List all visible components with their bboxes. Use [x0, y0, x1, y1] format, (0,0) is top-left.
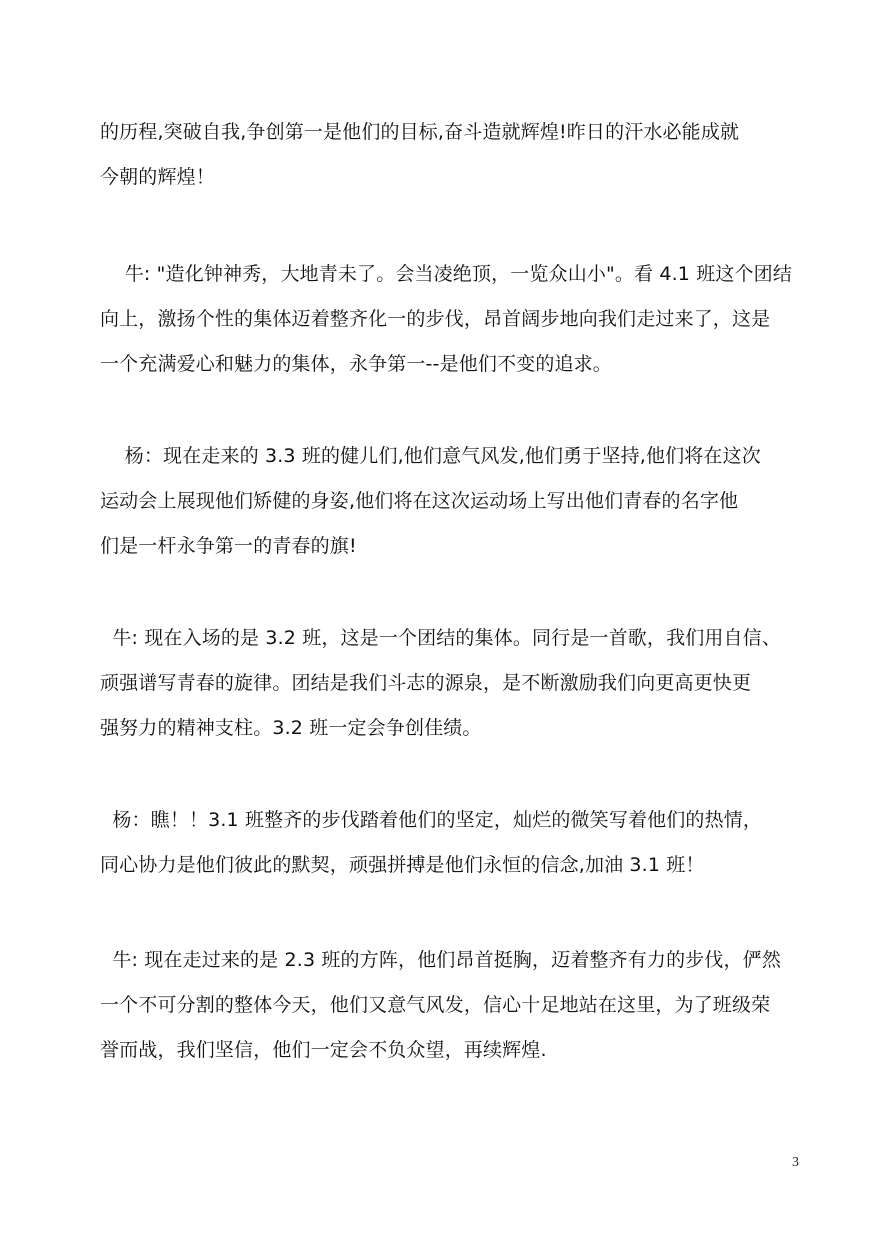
paragraph-1-line-2: 今朝的辉煌！	[100, 165, 800, 189]
paragraph-5-line-1: 杨：瞧！！3.1 班整齐的步伐踏着他们的坚定，灿烂的微笑写着他们的热情，	[100, 808, 800, 832]
paragraph-4-line-1: 牛: 现在入场的是 3.2 班，这是一个团结的集体。同行是一首歌，我们用自信、	[100, 626, 800, 650]
paragraph-4-line-3: 强努力的精神支柱。3.2 班一定会争创佳绩。	[100, 716, 800, 740]
paragraph-5-line-2: 同心协力是他们彼此的默契，顽强拼搏是他们永恒的信念,加油 3.1 班！	[100, 853, 800, 877]
document-page: 的历程,突破自我,争创第一是他们的目标,奋斗造就辉煌!昨日的汗水必能成就 今朝的…	[0, 0, 884, 1250]
paragraph-3-line-2: 运动会上展现他们矫健的身姿,他们将在这次运动场上写出他们青春的名字他	[100, 489, 800, 513]
paragraph-2-line-1: 牛: "造化钟神秀，大地青未了。会当凌绝顶，一览众山小"。看 4.1 班这个团结	[100, 262, 800, 286]
paragraph-4-line-2: 顽强谱写青春的旋律。团结是我们斗志的源泉，是不断激励我们向更高更快更	[100, 671, 800, 695]
paragraph-3-line-1: 杨：现在走来的 3.3 班的健儿们,他们意气风发,他们勇于坚持,他们将在这次	[100, 444, 800, 468]
paragraph-6-line-3: 誉而战，我们坚信，他们一定会不负众望，再续辉煌.	[100, 1038, 800, 1062]
paragraph-3-line-3: 们是一杆永争第一的青春的旗!	[100, 534, 800, 558]
paragraph-2-line-2: 向上，激扬个性的集体迈着整齐化一的步伐，昂首阔步地向我们走过来了，这是	[100, 307, 800, 331]
paragraph-1-line-1: 的历程,突破自我,争创第一是他们的目标,奋斗造就辉煌!昨日的汗水必能成就	[100, 120, 800, 144]
paragraph-6-line-1: 牛: 现在走过来的是 2.3 班的方阵，他们昂首挺胸，迈着整齐有力的步伐，俨然	[100, 948, 800, 972]
page-number: 3	[792, 1155, 799, 1171]
paragraph-6-line-2: 一个不可分割的整体今天，他们又意气风发，信心十足地站在这里，为了班级荣	[100, 993, 800, 1017]
paragraph-2-line-3: 一个充满爱心和魅力的集体，永争第一--是他们不变的追求。	[100, 352, 800, 376]
